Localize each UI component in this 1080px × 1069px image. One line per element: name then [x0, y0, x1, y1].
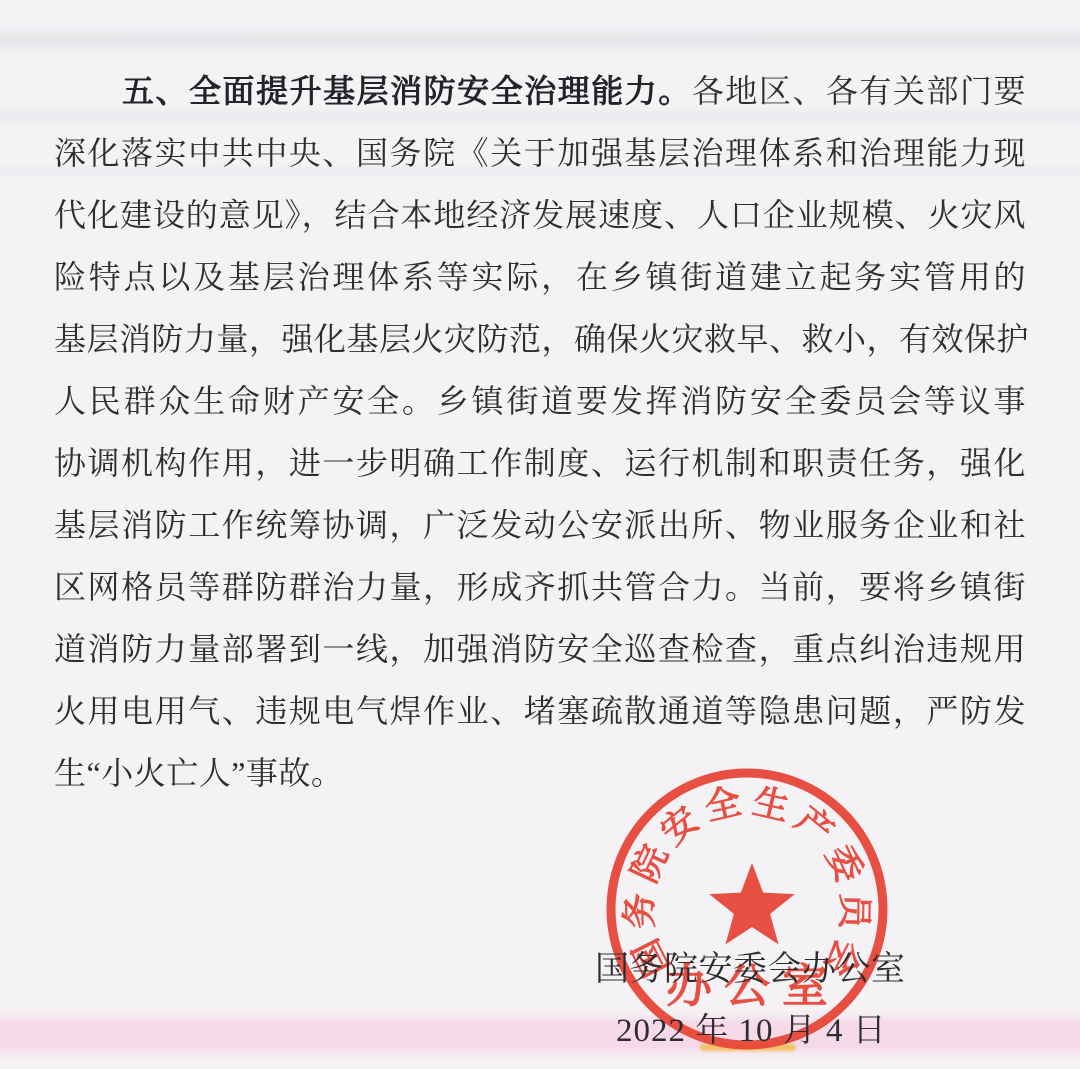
paragraph-line: 协调机构作用，进一步明确工作制度、运行机制和职责任务，强化	[54, 432, 1026, 494]
seal-arc-char: 员	[834, 893, 875, 933]
seal-arc-char: 生	[749, 781, 793, 828]
paragraph-line: 五、全面提升基层消防安全治理能力。各地区、各有关部门要	[54, 60, 1026, 122]
seal-arc-char: 院	[624, 839, 675, 889]
seal-arc-char: 务	[620, 893, 661, 930]
paragraph-line: 道消防力量部署到一线，加强消防安全巡查检查，重点纠治违规用	[54, 618, 1026, 680]
paragraph-line: 火用电用气、违规电气焊作业、堵塞疏散通道等隐患问题，严防发	[54, 680, 1026, 742]
paragraph-line: 区网格员等群防群治力量，形成齐抓共管合力。当前，要将乡镇街	[54, 556, 1026, 618]
seal-arc-char: 全	[701, 781, 745, 828]
paragraph-text: 各地区、各有关部门要	[692, 73, 1026, 109]
paragraph-line: 深化落实中共中央、国务院《关于加强基层治理体系和治理能力现	[54, 122, 1026, 184]
paragraph-line: 代化建设的意见》，结合本地经济发展速度、人口企业规模、火灾风	[54, 184, 1026, 246]
paragraph-line: 人民群众生命财产安全。乡镇街道要发挥消防安全委员会等议事	[54, 370, 1026, 432]
signature-text: 国务院安委会办公室	[595, 953, 906, 987]
paragraph-line: 基层消防力量，强化基层火灾防范，确保火灾救早、救小，有效保护	[54, 308, 1026, 370]
paragraph-line: 基层消防工作统筹协调，广泛发动公安派出所、物业服务企业和社	[54, 494, 1026, 556]
date-text: 2022 年 10 月 4 日	[616, 1015, 887, 1048]
seal-arc-char: 委	[818, 839, 869, 889]
body-text: 五、全面提升基层消防安全治理能力。各地区、各有关部门要 深化落实中共中央、国务院…	[54, 60, 1026, 804]
official-seal: 国务院安全生产委员会 办公室	[606, 768, 888, 1050]
paragraph-line: 险特点以及基层治理体系等实际，在乡镇街道建立起务实管用的	[54, 246, 1026, 308]
document-page: 五、全面提升基层消防安全治理能力。各地区、各有关部门要 深化落实中共中央、国务院…	[0, 0, 1080, 1069]
star-icon	[709, 863, 795, 944]
scan-pink-band	[0, 1022, 1080, 1048]
section-heading: 五、全面提升基层消防安全治理能力。	[122, 73, 692, 109]
scan-streak	[0, 26, 1080, 54]
